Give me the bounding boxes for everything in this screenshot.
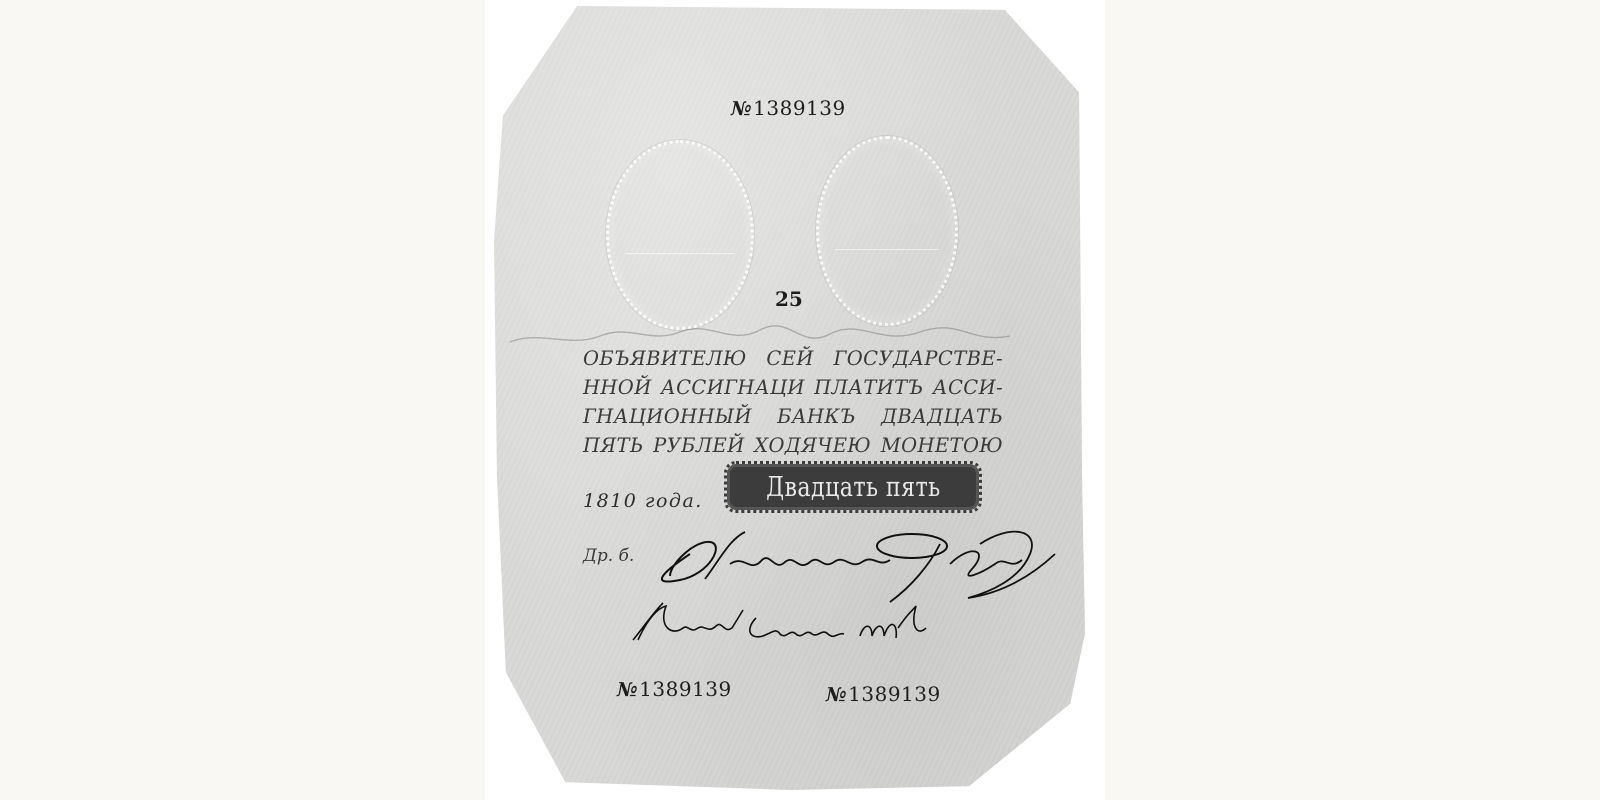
- stamp-text: Двадцать пять: [766, 472, 940, 503]
- numero-sign: №: [731, 98, 752, 120]
- assignation-text: Объявителю сей государстве- нной ассигна…: [583, 344, 1003, 460]
- text-line-4: пять рублей ходячею монетою: [583, 431, 1003, 460]
- serial-number-top: №1389139: [731, 96, 846, 120]
- serial-number-bottom-left: №1389139: [617, 677, 732, 701]
- serial-number-value: 1389139: [639, 677, 732, 701]
- director-signature-icon: [650, 524, 1060, 604]
- serial-number-value: 1389139: [848, 682, 941, 706]
- text-line-1: Объявителю сей государстве-: [583, 344, 1003, 373]
- text-line-2: нной ассигнаци платитъ асси-: [583, 373, 1003, 402]
- cashier-label: Др. б.: [583, 546, 634, 566]
- serial-number-bottom-right: №1389139: [826, 682, 941, 706]
- denomination-stamp: Двадцать пять: [727, 464, 979, 510]
- text-line-3: гнационный банкъ двадцать: [583, 402, 1003, 431]
- right-oval-emboss-icon: [816, 136, 958, 326]
- numero-sign: №: [826, 684, 847, 706]
- denomination-numeral: 25: [775, 287, 803, 311]
- cashier-signature-icon: [628, 598, 928, 648]
- numero-sign: №: [617, 679, 638, 701]
- left-oval-emboss-icon: [606, 140, 754, 330]
- issue-year: 1810 года.: [583, 490, 703, 512]
- serial-number-value: 1389139: [753, 96, 846, 120]
